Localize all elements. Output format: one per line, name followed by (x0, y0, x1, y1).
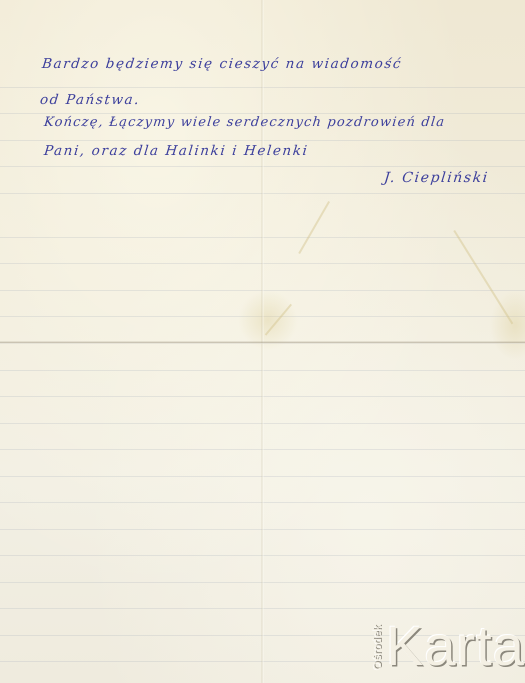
handwritten-line: Pani, oraz dla Halinki i Helenki (43, 143, 309, 159)
handwritten-line: Bardzo będziemy się cieszyć na wiadomość (41, 56, 403, 72)
paper-crease (453, 230, 513, 324)
watermark-name: Karta (386, 618, 525, 674)
horizontal-fold (0, 341, 525, 344)
paper-stain (490, 290, 525, 360)
watermark-prefix: Ośrodek (372, 625, 384, 670)
paper-crease (298, 201, 330, 254)
handwritten-line: od Państwa. (39, 92, 141, 108)
letter-page: Bardzo będziemy się cieszyć na wiadomość… (0, 0, 525, 683)
handwritten-line: Kończę, Łączymy wiele serdecznych pozdro… (43, 115, 446, 130)
archive-watermark: Ośrodek Karta (372, 612, 525, 674)
signature: J. Ciepliński (383, 170, 489, 186)
